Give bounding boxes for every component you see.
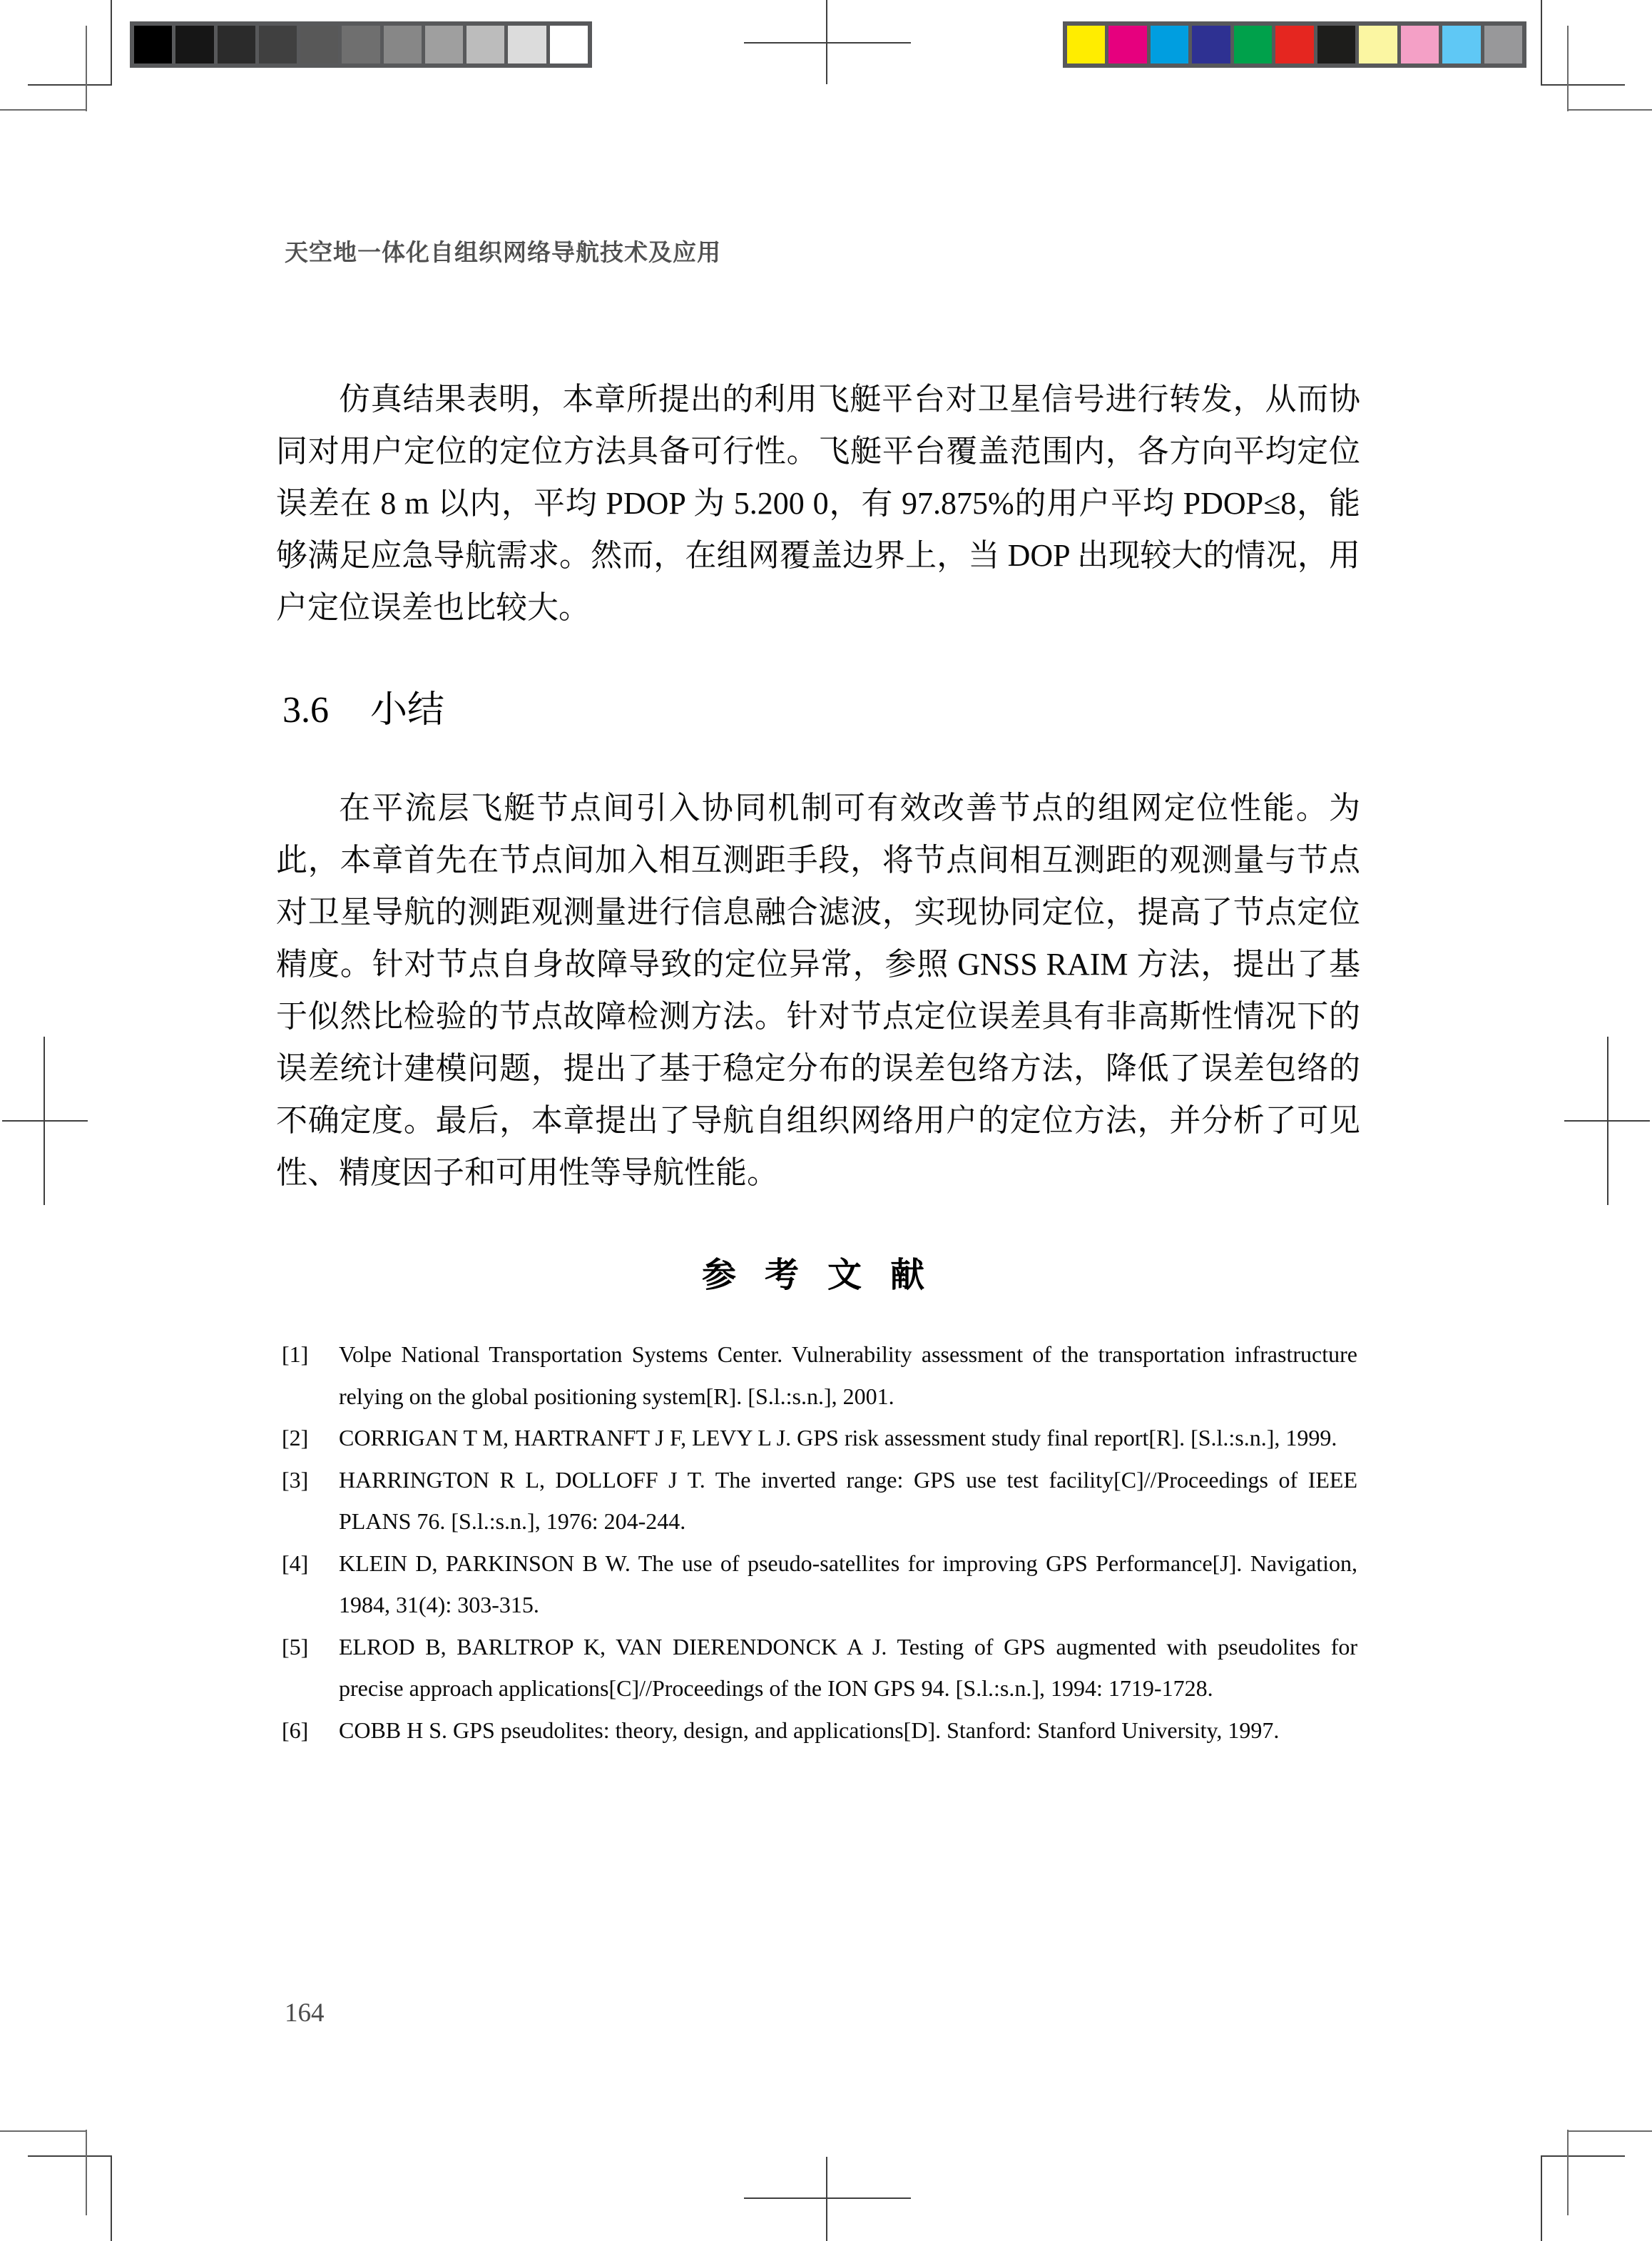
reference-item: [3] HARRINGTON R L, DOLLOFF J T. The inv… (276, 1459, 1357, 1543)
reference-number: [1] (282, 1333, 308, 1376)
reference-text: HARRINGTON R L, DOLLOFF J T. The inverte… (339, 1467, 1357, 1535)
calibration-swatch (1442, 26, 1480, 63)
crop-mark-top-right-horizontal-inner (1567, 109, 1652, 111)
section-heading: 3.6小结 (282, 679, 444, 733)
crop-mark-top-left-horizontal-outer (28, 84, 112, 86)
calibration-swatch (550, 26, 588, 63)
crop-mark-bottom-right-vertical-inner (1567, 2130, 1569, 2215)
reference-item: [5] ELROD B, BARLTROP K, VAN DIERENDONCK… (276, 1626, 1357, 1709)
grayscale-calibration-bar (130, 21, 592, 68)
reference-text: ELROD B, BARLTROP K, VAN DIERENDONCK A J… (339, 1634, 1357, 1702)
register-cross-bottom-horizontal (744, 2197, 911, 2199)
calibration-swatch (508, 26, 546, 63)
calibration-swatch (1192, 26, 1230, 63)
section-title: 小结 (370, 690, 444, 731)
crop-mark-bottom-right-horizontal-outer (1541, 2155, 1625, 2157)
reference-text: Volpe National Transportation Systems Ce… (339, 1341, 1357, 1409)
reference-number: [5] (282, 1626, 308, 1668)
register-cross-top-horizontal (744, 42, 911, 44)
crop-mark-top-left-vertical-outer (111, 0, 112, 86)
crop-mark-bottom-left-horizontal-outer (28, 2155, 112, 2157)
calibration-swatch (1401, 26, 1439, 63)
calibration-swatch (300, 26, 338, 63)
page-number: 164 (285, 1998, 325, 2028)
reference-item: [2] CORRIGAN T M, HARTRANFT J F, LEVY L … (276, 1417, 1357, 1459)
reference-item: [6] COBB H S. GPS pseudolites: theory, d… (276, 1709, 1357, 1752)
reference-item: [4] KLEIN D, PARKINSON B W. The use of p… (276, 1543, 1357, 1626)
calibration-swatch (1484, 26, 1522, 63)
section-number: 3.6 (282, 690, 329, 731)
crop-mark-top-right-vertical-inner (1567, 26, 1569, 111)
crop-mark-top-left-vertical-inner (86, 26, 87, 111)
reference-text: COBB H S. GPS pseudolites: theory, desig… (339, 1717, 1279, 1743)
calibration-swatch (1234, 26, 1272, 63)
reference-text: CORRIGAN T M, HARTRANFT J F, LEVY L J. G… (339, 1425, 1337, 1450)
references-list: [1] Volpe National Transportation System… (276, 1333, 1357, 1751)
calibration-swatch (425, 26, 463, 63)
calibration-swatch (134, 26, 172, 63)
crop-mark-top-right-vertical-outer (1541, 0, 1542, 86)
reference-number: [3] (282, 1459, 308, 1501)
running-header-title: 天空地一体化自组织网络导航技术及应用 (285, 234, 721, 268)
paragraph-simulation-results: 仿真结果表明，本章所提出的利用飞艇平台对卫星信号进行转发，从而协同对用户定位的定… (276, 373, 1360, 634)
paragraph-chapter-summary: 在平流层飞艇节点间引入协同机制可有效改善节点的组网定位性能。为此，本章首先在节点… (276, 782, 1360, 1199)
calibration-swatch (1275, 26, 1313, 63)
register-cross-right-horizontal (1564, 1120, 1650, 1122)
reference-text: KLEIN D, PARKINSON B W. The use of pseud… (339, 1550, 1357, 1618)
crop-mark-bottom-right-vertical-outer (1541, 2155, 1542, 2241)
calibration-swatch (175, 26, 213, 63)
crop-mark-bottom-right-horizontal-inner (1567, 2130, 1652, 2132)
book-page: 天空地一体化自组织网络导航技术及应用 仿真结果表明，本章所提出的利用飞艇平台对卫… (0, 0, 1652, 2241)
reference-item: [1] Volpe National Transportation System… (276, 1333, 1357, 1417)
calibration-swatch (1359, 26, 1397, 63)
reference-number: [6] (282, 1709, 308, 1752)
calibration-swatch (1108, 26, 1146, 63)
crop-mark-bottom-left-vertical-outer (111, 2155, 112, 2241)
calibration-swatch (342, 26, 379, 63)
color-calibration-bar (1063, 21, 1526, 68)
crop-mark-top-left-horizontal-inner (0, 109, 87, 111)
register-cross-left-horizontal (2, 1120, 88, 1122)
calibration-swatch (1151, 26, 1188, 63)
calibration-swatch (384, 26, 422, 63)
crop-mark-bottom-left-horizontal-inner (0, 2130, 87, 2132)
crop-mark-bottom-left-vertical-inner (86, 2130, 87, 2215)
reference-number: [4] (282, 1543, 308, 1585)
register-cross-bottom-vertical (826, 2157, 827, 2241)
references-heading: 参 考 文 献 (276, 1247, 1360, 1296)
crop-mark-top-right-horizontal-outer (1541, 84, 1625, 86)
calibration-swatch (218, 26, 255, 63)
calibration-swatch (466, 26, 504, 63)
calibration-swatch (1067, 26, 1105, 63)
calibration-swatch (259, 26, 297, 63)
calibration-swatch (1317, 26, 1355, 63)
reference-number: [2] (282, 1417, 308, 1459)
